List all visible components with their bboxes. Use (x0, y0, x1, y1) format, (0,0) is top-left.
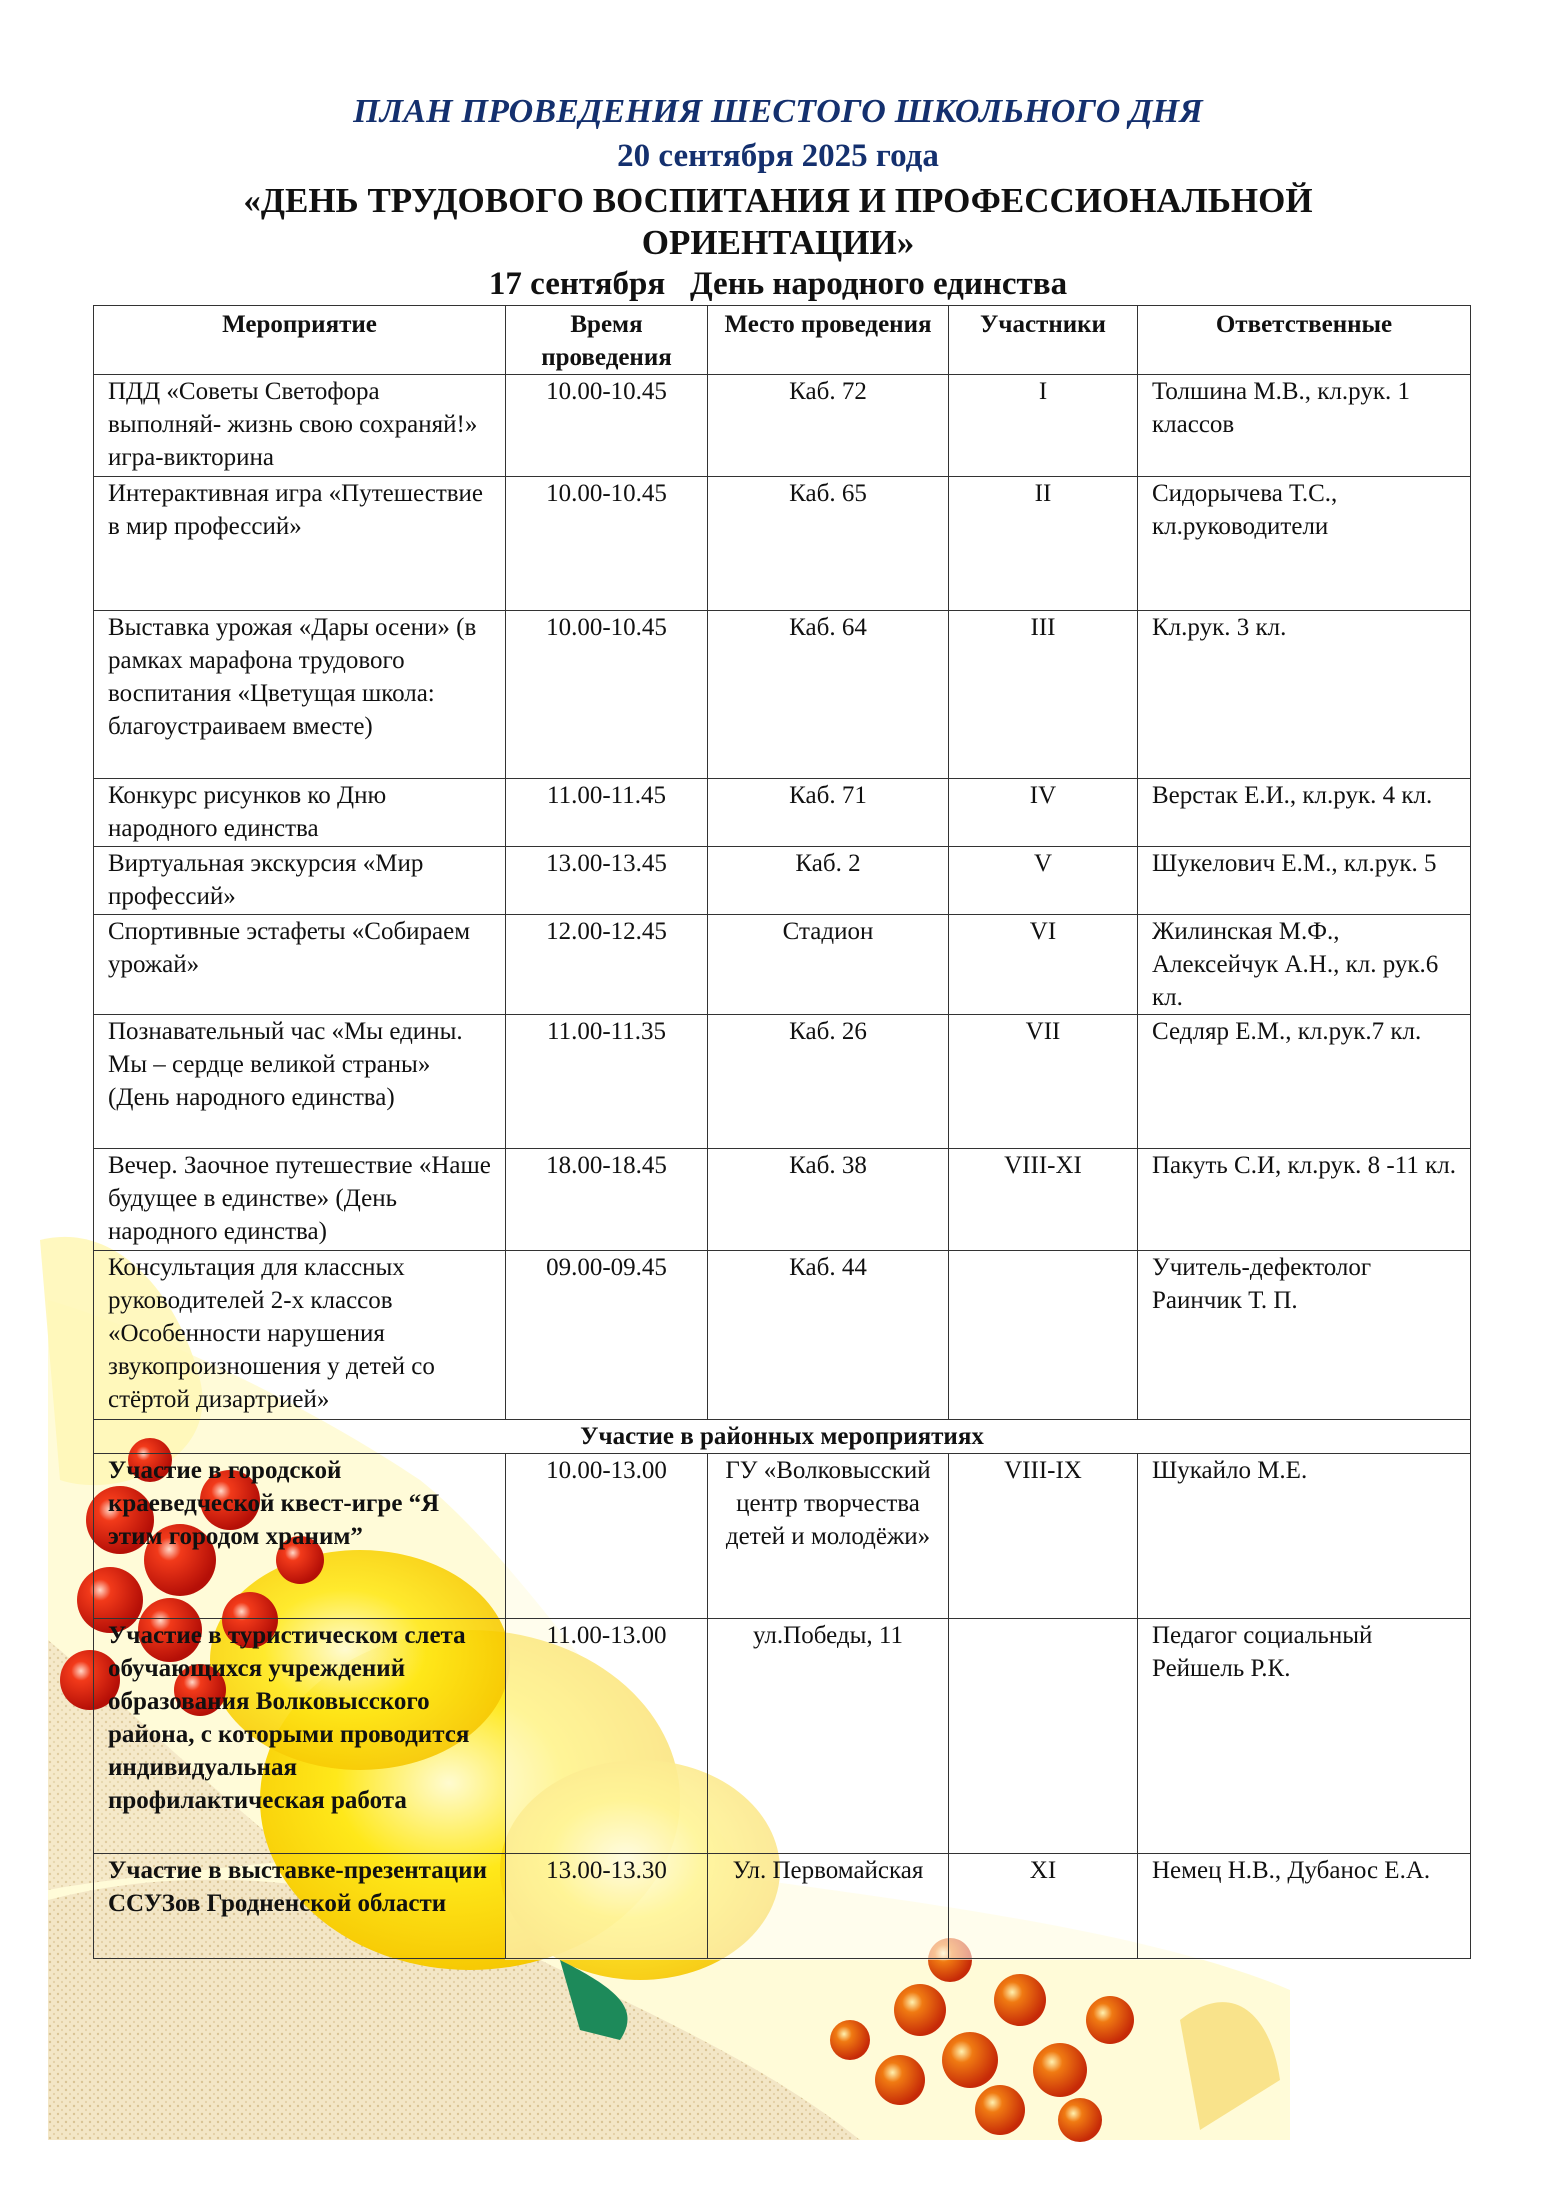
participants-cell: III (949, 611, 1138, 779)
participants-cell (949, 1251, 1138, 1420)
participants-cell: II (949, 477, 1138, 611)
participants-cell: VIII-IX (949, 1454, 1138, 1619)
time-cell: 10.00-13.00 (506, 1454, 708, 1619)
event-cell: Вечер. Заочное путешествие «Наше будущее… (94, 1149, 506, 1251)
responsible-cell: Учитель-дефектолог Раинчик Т. П. (1138, 1251, 1471, 1420)
table-row: Вечер. Заочное путешествие «Наше будущее… (94, 1149, 1471, 1251)
participants-cell: V (949, 847, 1138, 915)
time-cell: 12.00-12.45 (506, 915, 708, 1015)
place-cell: ул.Победы, 11 (708, 1619, 949, 1854)
responsible-cell: Пакуть С.И, кл.рук. 8 -11 кл. (1138, 1149, 1471, 1251)
table-row: Конкурс рисунков ко Дню народного единст… (94, 779, 1471, 847)
participants-cell: IV (949, 779, 1138, 847)
responsible-cell: Сидорычева Т.С., кл.руководители (1138, 477, 1471, 611)
table-row: Участие в туристическом слета обучающихс… (94, 1619, 1471, 1854)
participants-cell: XI (949, 1854, 1138, 1959)
table-row: Интерактивная игра «Путешествие в мир пр… (94, 477, 1471, 611)
responsible-cell: Педагог социальный Рейшель Р.К. (1138, 1619, 1471, 1854)
event-cell: Спортивные эстафеты «Собираем урожай» (94, 915, 506, 1015)
time-cell: 10.00-10.45 (506, 611, 708, 779)
plan-theme: «ДЕНЬ ТРУДОВОГО ВОСПИТАНИЯ И ПРОФЕССИОНА… (183, 180, 1373, 264)
time-cell: 11.00-13.00 (506, 1619, 708, 1854)
event-cell: Интерактивная игра «Путешествие в мир пр… (94, 477, 506, 611)
table-row: Консультация для классных руководителей … (94, 1251, 1471, 1420)
responsible-cell: Жилинская М.Ф., Алексейчук А.Н., кл. рук… (1138, 915, 1471, 1015)
event-cell: Участие в туристическом слета обучающихс… (94, 1619, 506, 1854)
place-cell: ГУ «Волковысский центр творчества детей … (708, 1454, 949, 1619)
time-cell: 18.00-18.45 (506, 1149, 708, 1251)
column-header-event: Мероприятие (94, 306, 506, 375)
section-title: Участие в районных мероприятиях (94, 1420, 1471, 1454)
plan-subtitle: 17 сентября День народного единства (0, 266, 1556, 303)
table-row: Спортивные эстафеты «Собираем урожай»12.… (94, 915, 1471, 1015)
participants-cell: VII (949, 1015, 1138, 1149)
place-cell: Каб. 44 (708, 1251, 949, 1420)
schedule-table: Мероприятие Время проведения Место прове… (93, 305, 1471, 1959)
responsible-cell: Верстак Е.И., кл.рук. 4 кл. (1138, 779, 1471, 847)
place-cell: Стадион (708, 915, 949, 1015)
responsible-cell: Толшина М.В., кл.рук. 1 классов (1138, 375, 1471, 477)
table-header-row: Мероприятие Время проведения Место прове… (94, 306, 1471, 375)
table-row: Виртуальная экскурсия «Мир профессий»13.… (94, 847, 1471, 915)
place-cell: Каб. 64 (708, 611, 949, 779)
event-cell: Конкурс рисунков ко Дню народного единст… (94, 779, 506, 847)
responsible-cell: Шукайло М.Е. (1138, 1454, 1471, 1619)
event-cell: Участие в городской краеведческой квест-… (94, 1454, 506, 1619)
table-row: ПДД «Советы Светофора выполняй- жизнь св… (94, 375, 1471, 477)
place-cell: Ул. Первомайская (708, 1854, 949, 1959)
place-cell: Каб. 2 (708, 847, 949, 915)
time-cell: 11.00-11.35 (506, 1015, 708, 1149)
responsible-cell: Немец Н.В., Дубанос Е.А. (1138, 1854, 1471, 1959)
time-cell: 13.00-13.30 (506, 1854, 708, 1959)
place-cell: Каб. 26 (708, 1015, 949, 1149)
table-row: Познавательный час «Мы едины. Мы – сердц… (94, 1015, 1471, 1149)
place-cell: Каб. 71 (708, 779, 949, 847)
participants-cell: VI (949, 915, 1138, 1015)
column-header-participants: Участники (949, 306, 1138, 375)
column-header-responsible: Ответственные (1138, 306, 1471, 375)
column-header-place: Место проведения (708, 306, 949, 375)
event-cell: ПДД «Советы Светофора выполняй- жизнь св… (94, 375, 506, 477)
responsible-cell: Кл.рук. 3 кл. (1138, 611, 1471, 779)
event-cell: Консультация для классных руководителей … (94, 1251, 506, 1420)
column-header-time: Время проведения (506, 306, 708, 375)
time-cell: 11.00-11.45 (506, 779, 708, 847)
event-cell: Участие в выставке-презентации ССУЗов Гр… (94, 1854, 506, 1959)
table-row: Участие в городской краеведческой квест-… (94, 1454, 1471, 1619)
participants-cell: VIII-XI (949, 1149, 1138, 1251)
document-page: ПЛАН ПРОВЕДЕНИЯ ШЕСТОГО ШКОЛЬНОГО ДНЯ 20… (0, 0, 1556, 2200)
time-cell: 13.00-13.45 (506, 847, 708, 915)
time-cell: 10.00-10.45 (506, 477, 708, 611)
responsible-cell: Седляр Е.М., кл.рук.7 кл. (1138, 1015, 1471, 1149)
place-cell: Каб. 72 (708, 375, 949, 477)
time-cell: 10.00-10.45 (506, 375, 708, 477)
event-cell: Познавательный час «Мы едины. Мы – сердц… (94, 1015, 506, 1149)
plan-title: ПЛАН ПРОВЕДЕНИЯ ШЕСТОГО ШКОЛЬНОГО ДНЯ (0, 93, 1556, 131)
table-row: Участие в выставке-презентации ССУЗов Гр… (94, 1854, 1471, 1959)
table-row: Выставка урожая «Дары осени» (в рамках м… (94, 611, 1471, 779)
event-cell: Виртуальная экскурсия «Мир профессий» (94, 847, 506, 915)
time-cell: 09.00-09.45 (506, 1251, 708, 1420)
participants-cell: I (949, 375, 1138, 477)
place-cell: Каб. 38 (708, 1149, 949, 1251)
section-row-district: Участие в районных мероприятиях (94, 1420, 1471, 1454)
plan-date: 20 сентября 2025 года (0, 138, 1556, 175)
place-cell: Каб. 65 (708, 477, 949, 611)
event-cell: Выставка урожая «Дары осени» (в рамках м… (94, 611, 506, 779)
responsible-cell: Шукелович Е.М., кл.рук. 5 (1138, 847, 1471, 915)
participants-cell (949, 1619, 1138, 1854)
